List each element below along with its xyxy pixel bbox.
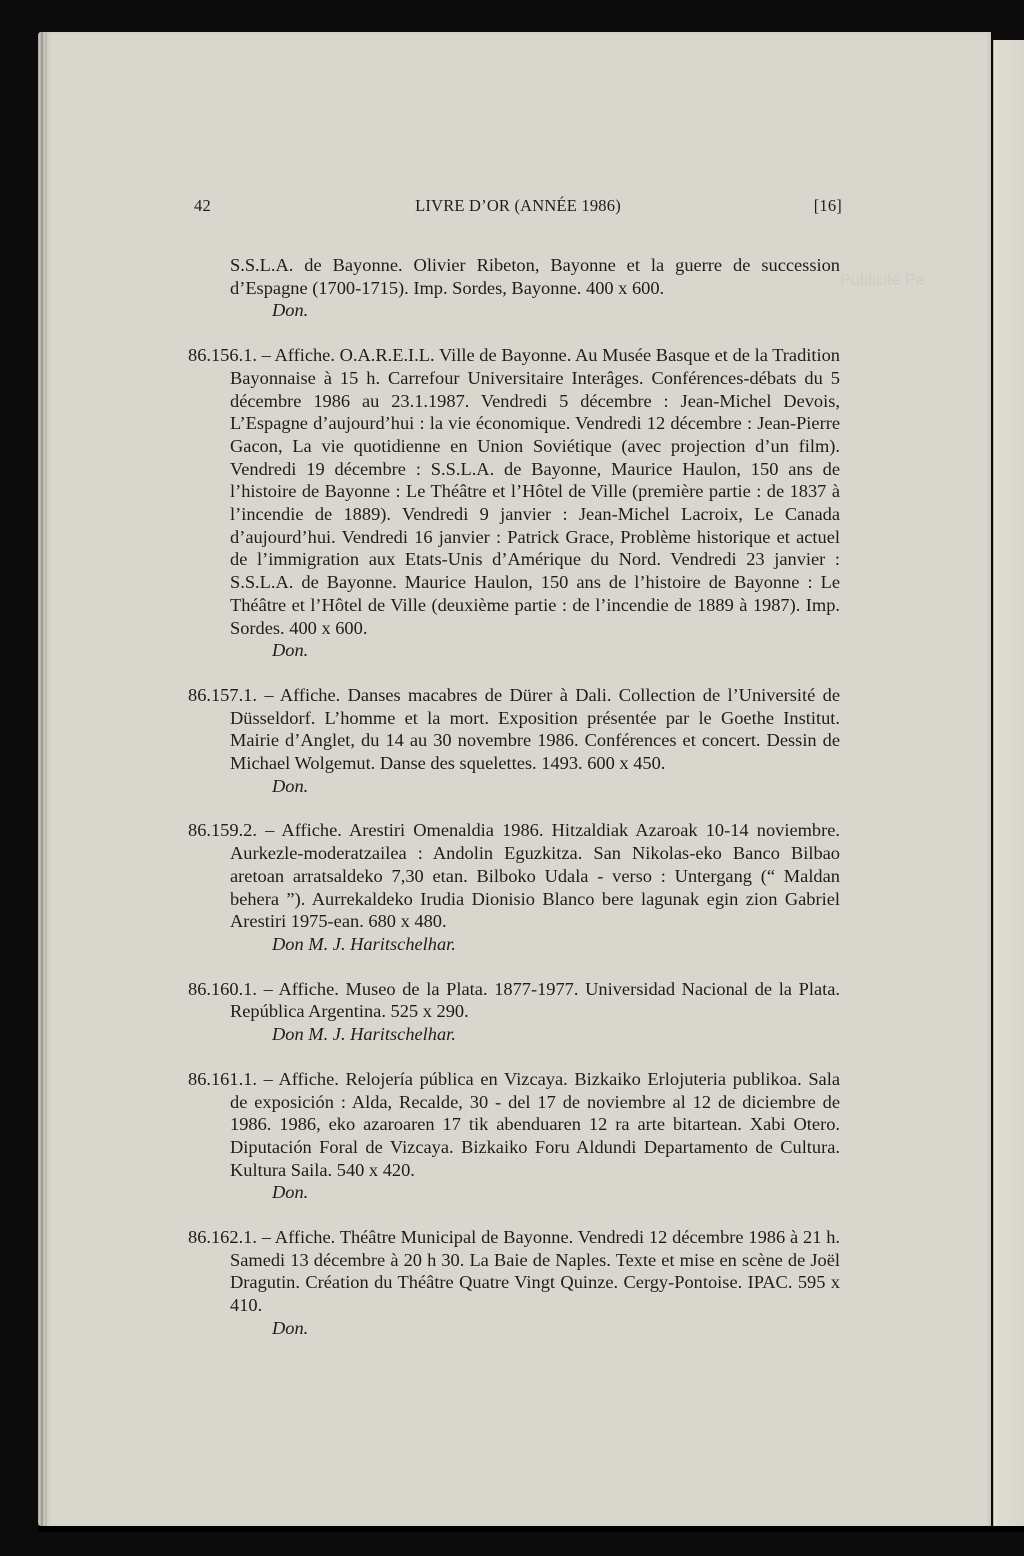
entry-donor: Don. bbox=[188, 299, 840, 322]
entry-text: – Affiche. Théâtre Municipal de Bayonne.… bbox=[230, 1227, 840, 1315]
entry-donor: Don. bbox=[188, 1181, 840, 1204]
running-head: 42 LIVRE D’OR (ANNÉE 1986) [16] bbox=[194, 196, 842, 220]
facing-page-edge bbox=[993, 40, 1024, 1526]
catalogue-entry: 86.159.2. – Affiche. Arestiri Omenaldia … bbox=[188, 819, 840, 955]
catalogue-entry: 86.157.1. – Affiche. Danses macabres de … bbox=[188, 684, 840, 798]
catalogue-entry-continued: S.S.L.A. de Bayonne. Olivier Ribeton, Ba… bbox=[188, 254, 840, 322]
entry-text: – Affiche. Museo de la Plata. 1877-1977.… bbox=[230, 979, 840, 1022]
entry-text: – Affiche. Arestiri Omenaldia 1986. Hitz… bbox=[230, 820, 840, 931]
entry-id: 86.161.1. bbox=[188, 1069, 257, 1089]
entry-text: S.S.L.A. de Bayonne. Olivier Ribeton, Ba… bbox=[230, 255, 840, 298]
entry-donor: Don. bbox=[188, 775, 840, 798]
catalogue-entry: 86.162.1. – Affiche. Théâtre Municipal d… bbox=[188, 1226, 840, 1340]
catalogue-entry: 86.156.1. – Affiche. O.A.R.E.I.L. Ville … bbox=[188, 344, 840, 662]
entry-donor: Don M. J. Haritschelhar. bbox=[188, 1023, 840, 1046]
page-bottom-shadow bbox=[38, 1526, 1024, 1532]
entry-id: 86.162.1. bbox=[188, 1227, 257, 1247]
entry-id: 86.157.1. bbox=[188, 685, 257, 705]
entry-id: 86.159.2. bbox=[188, 820, 257, 840]
entry-text: – Affiche. Relojería pública en Vizcaya.… bbox=[230, 1069, 840, 1180]
running-title: LIVRE D’OR (ANNÉE 1986) bbox=[194, 196, 842, 216]
entry-id: 86.160.1. bbox=[188, 979, 257, 999]
entry-donor: Don. bbox=[188, 639, 840, 662]
catalogue-entries: S.S.L.A. de Bayonne. Olivier Ribeton, Ba… bbox=[188, 254, 840, 1362]
signature-mark: [16] bbox=[814, 196, 842, 216]
entry-text: – Affiche. O.A.R.E.I.L. Ville de Bayonne… bbox=[230, 345, 840, 637]
entry-donor: Don. bbox=[188, 1317, 840, 1340]
catalogue-entry: 86.160.1. – Affiche. Museo de la Plata. … bbox=[188, 978, 840, 1046]
show-through-text: Publicité Pe bbox=[840, 272, 925, 290]
catalogue-entry: 86.161.1. – Affiche. Relojería pública e… bbox=[188, 1068, 840, 1204]
entry-id: 86.156.1. bbox=[188, 345, 257, 365]
entry-text: – Affiche. Danses macabres de Dürer à Da… bbox=[230, 685, 840, 773]
entry-donor: Don M. J. Haritschelhar. bbox=[188, 933, 840, 956]
